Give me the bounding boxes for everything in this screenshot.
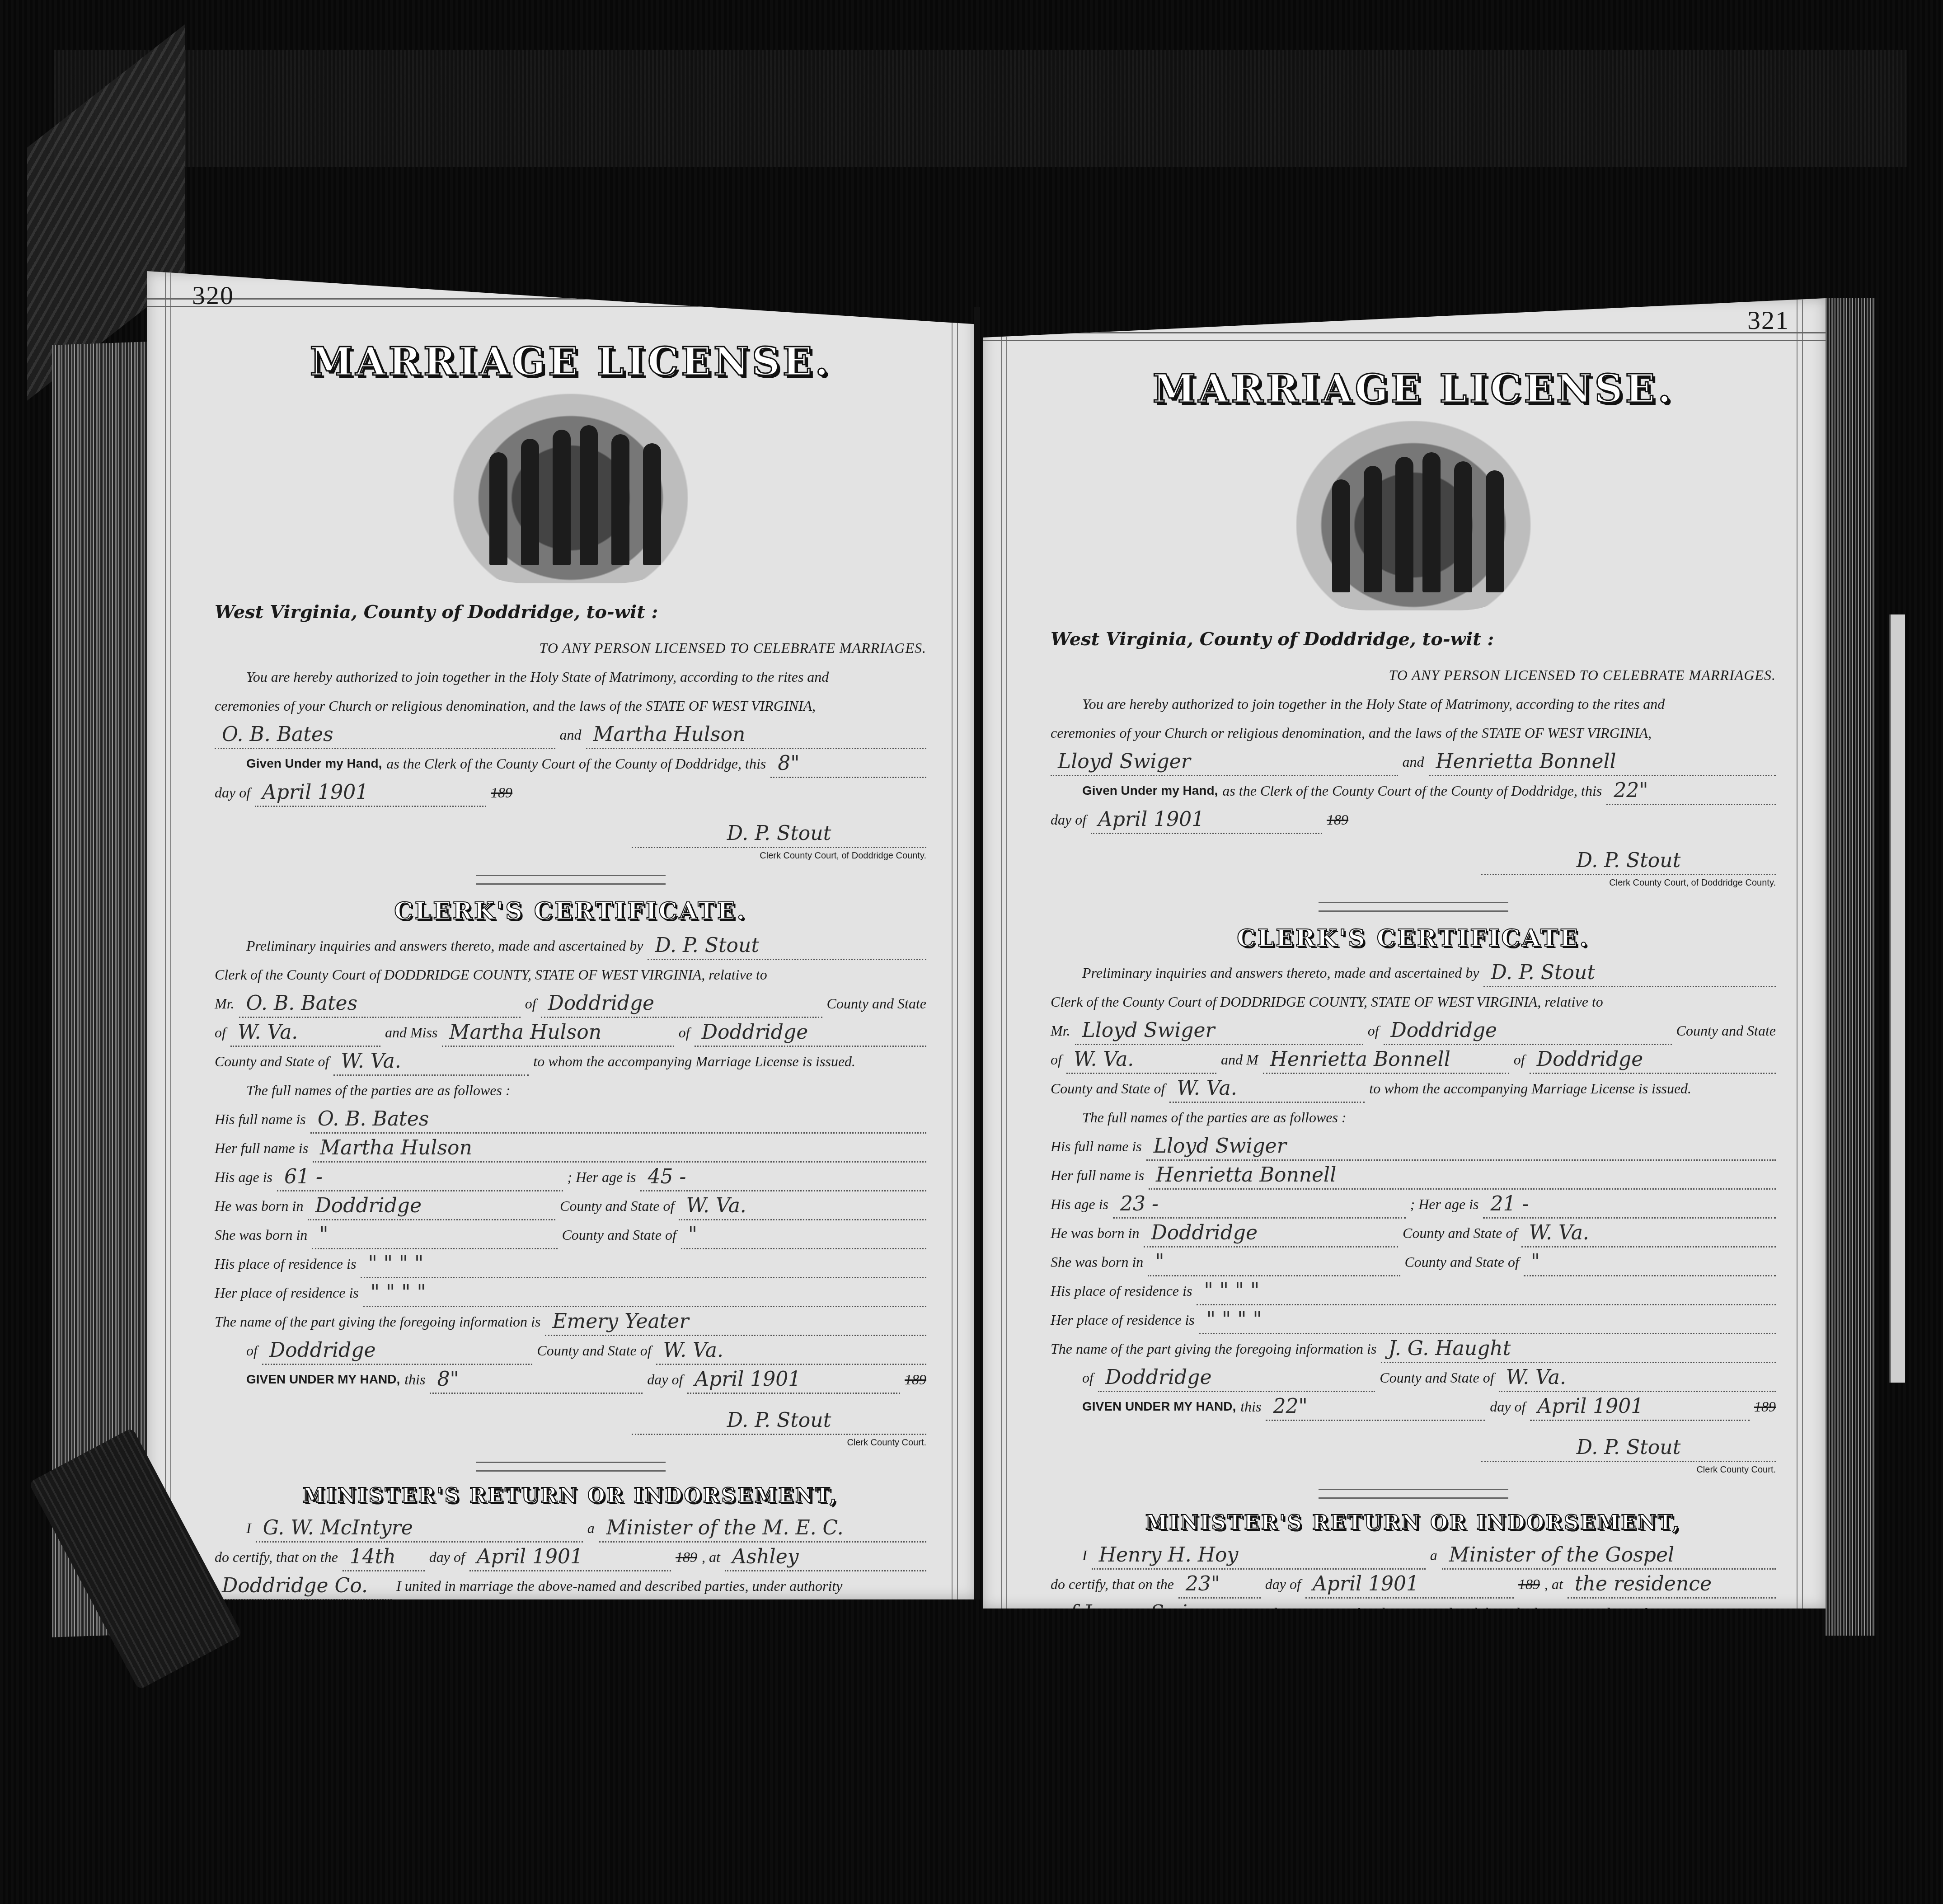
informant-state: W. Va. [1499,1365,1776,1392]
cert-given-line: GIVEN UNDER MY HAND,this8"day ofApril 19… [215,1365,926,1394]
license-month-year: April 1901 [255,779,486,807]
license-day: 22" [1606,778,1776,805]
authorization-text: You are hereby authorized to join togeth… [1051,689,1776,718]
marriage-place: the residence [1568,1571,1776,1599]
struck-year: 189 [1327,805,1348,834]
label: County and State of [1403,1219,1517,1247]
her-residence-line: Her place of residence is" " " " [1051,1305,1776,1334]
miss-state: W. Va. [1169,1075,1365,1103]
county-state-label: County and State [827,989,926,1018]
label: day of [1265,1570,1301,1599]
he-born-line: He was born inDoddridgeCounty and State … [215,1191,926,1220]
given-label: Given Under my Hand, [246,749,382,778]
prelim-by: D. P. Stout [648,933,926,960]
prelim-label: Preliminary inquiries and answers theret… [1082,958,1479,987]
his-residence-line: His place of residence is" " " " [215,1249,926,1278]
he-born-county: Doddridge [1144,1220,1398,1247]
label: He was born in [1051,1219,1139,1247]
mr-name: Lloyd Swiger [1075,1018,1363,1045]
struck-year: 189 [491,778,512,807]
parties-line: Lloyd Swiger and Henrietta Bonnell [1051,747,1776,776]
label: day of [647,1365,683,1394]
marriage-month-year: April 1901 [1305,1571,1514,1599]
cert-month-year: April 1901 [1530,1393,1750,1421]
she-born-county: " [1148,1249,1400,1276]
cert-signature-caption: Clerk County Court. [215,1438,926,1448]
label: this [404,1365,425,1394]
she-born-county: " [312,1222,557,1249]
margin-rule [1001,298,1007,1609]
label: His age is [215,1163,272,1191]
informant-line: The name of the part giving the foregoin… [1051,1334,1776,1363]
miss-name: Henrietta Bonnell [1263,1046,1509,1074]
section-divider [476,875,666,885]
section-divider [1319,902,1508,912]
label: a [1430,1541,1437,1570]
to-whom-label: to whom the accompanying Marriage Licens… [1369,1074,1691,1103]
prelim-by: D. P. Stout [1483,960,1776,987]
clerk-signature-block: D. P. Stout [215,821,926,848]
struck-year: 189 [905,1365,926,1394]
of-label: of [1368,1016,1379,1045]
and-miss-label: and Miss [385,1018,437,1047]
label: His full name is [1051,1132,1142,1161]
he-born-state: W. Va. [1521,1220,1776,1247]
her-age: 45 - [640,1164,926,1191]
age-line: His age is61 -; Her age is45 - [215,1163,926,1191]
clerk-signature-block: D. P. Stout [1051,848,1776,875]
wedding-engraving-icon [453,394,688,583]
addressee: TO ANY PERSON LICENSED TO CELEBRATE MARR… [1051,661,1776,689]
label: She was born in [215,1220,307,1249]
of-label: of [525,989,536,1018]
label: ; Her age is [1410,1190,1479,1219]
her-residence: " " " " [1199,1307,1776,1334]
given-line: Given Under my Hand, as the Clerk of the… [215,749,926,778]
parties-line: O. B. Bates and Martha Hulson [215,720,926,749]
page-number: 320 [192,280,234,310]
struck-year: 189 [676,1543,697,1571]
his-full-name: Lloyd Swiger [1146,1133,1776,1161]
she-born-line: She was born in"County and State of" [1051,1247,1776,1276]
label: day of [1490,1392,1525,1421]
background-shelf [54,50,1907,167]
marriage-day: 14th [343,1544,425,1571]
day-of-label: day of [215,778,250,807]
bride-name: Henrietta Bonnell [1429,749,1776,776]
section-divider [1319,1489,1508,1499]
informant-county: Doddridge [1098,1365,1375,1392]
groom-name: O. B. Bates [215,722,555,749]
certify-line: do certify, that on the23"day ofApril 19… [1051,1570,1776,1599]
date-line: day of April 1901 189 [215,778,926,807]
header-rule [983,332,1826,341]
label: I [1082,1541,1087,1570]
certificate-title: CLERK'S CERTIFICATE. [1051,924,1776,952]
license-day: 8" [770,750,926,778]
her-name-line: Her full name isMartha Hulson [215,1134,926,1163]
her-residence: " " " " [363,1280,926,1307]
license-month-year: April 1901 [1091,807,1322,834]
cert-signature-block: D. P. Stout [1051,1435,1776,1462]
her-name-line: Her full name isHenrietta Bonnell [1051,1161,1776,1190]
she-born-state: " [1524,1249,1776,1276]
her-full-name: Henrietta Bonnell [1149,1162,1776,1190]
label: He was born in [215,1191,303,1220]
label: County and State of [1405,1247,1519,1276]
miss-line: of W. Va. and Miss Martha Hulson of Dodd… [215,1018,926,1047]
clerk-of-line: Clerk of the County Court of DODDRIDGE C… [1051,987,1776,1016]
informant-county: Doddridge [262,1337,532,1365]
label: do certify, that on the [215,1543,338,1571]
authorization-text: ceremonies of your Church or religious d… [1051,718,1776,747]
section-divider [476,1462,666,1472]
and-miss-label: and M [1221,1045,1258,1074]
her-residence-line: Her place of residence is" " " " [215,1278,926,1307]
age-line: His age is23 -; Her age is21 - [1051,1190,1776,1219]
cert-signature: D. P. Stout [632,1407,926,1435]
label: The name of the part giving the foregoin… [1051,1334,1376,1363]
label: County and State of [562,1220,676,1249]
clerk-signature: D. P. Stout [632,821,926,848]
certificate-title: CLERK'S CERTIFICATE. [215,897,926,925]
county-header: West Virginia, County of Doddridge, to-w… [1051,628,1776,650]
authorization-text: You are hereby authorized to join togeth… [215,662,926,691]
label: , at [702,1543,720,1571]
informant-name: J. G. Haught [1381,1336,1776,1363]
full-names-label: The full names of the parties are as fol… [215,1076,926,1105]
minister-title: MINISTER'S RETURN OR INDORSEMENT, [1051,1511,1776,1534]
minister-line: IG. W. McIntyreaMinister of the M. E. C. [215,1514,926,1543]
her-full-name: Martha Hulson [313,1135,926,1163]
bride-name: Martha Hulson [586,722,927,749]
miss-county: Doddridge [695,1019,926,1047]
label: She was born in [1051,1247,1143,1276]
miss-state: W. Va. [333,1048,529,1076]
minister-name: Henry H. Hoy [1092,1542,1426,1570]
margin-rule [1797,298,1803,1609]
he-born-state: W. Va. [679,1193,926,1220]
his-age: 61 - [277,1164,563,1191]
to-whom-label: to whom the accompanying Marriage Licens… [533,1047,855,1076]
mr-state: W. Va. [230,1019,380,1047]
label: day of [429,1543,465,1571]
prelim-line: Preliminary inquiries and answers theret… [215,931,926,960]
cert-month-year: April 1901 [687,1366,900,1394]
his-age: 23 - [1113,1191,1406,1219]
label: Her full name is [215,1134,308,1163]
label: County and State of [1380,1363,1494,1392]
wedding-engraving-icon [1296,421,1531,610]
his-residence-line: His place of residence is" " " " [1051,1276,1776,1305]
clerk-caption: Clerk County Court, of Doddridge County. [215,851,926,861]
miss-name: Martha Hulson [442,1019,674,1047]
label: His age is [1051,1190,1108,1219]
marriage-place: Ashley [725,1544,926,1571]
she-born-line: She was born in"County and State of" [215,1220,926,1249]
license-title: MARRIAGE LICENSE. [1051,366,1776,412]
label: County and State of [537,1336,651,1365]
label: this [1240,1392,1261,1421]
miss-state-line: County and State of W. Va. to whom the a… [1051,1074,1776,1103]
book-tab-marker [1889,614,1905,1383]
label: His place of residence is [1051,1276,1192,1305]
mr-county: Doddridge [541,990,822,1018]
label: I united in marriage the above-named and… [396,1571,842,1600]
county-state-label: County and State [1676,1016,1776,1045]
cert-day: 8" [430,1366,643,1394]
cert-signature-caption: Clerk County Court. [1051,1465,1776,1475]
minister-role: Minister of the M. E. C. [599,1515,926,1543]
license-title: MARRIAGE LICENSE. [215,339,926,385]
struck-year: 189 [1754,1392,1776,1421]
clerk-signature: D. P. Stout [1481,848,1776,875]
informant-name: Emery Yeater [545,1308,926,1336]
given-label: Given Under my Hand, [1082,776,1218,805]
label: of [246,1336,258,1365]
label: His full name is [215,1105,306,1134]
he-born-line: He was born inDoddridgeCounty and State … [1051,1219,1776,1247]
label: do certify, that on the [1051,1570,1174,1599]
informant-line: The name of the part giving the foregoin… [215,1307,926,1336]
label: of [1082,1363,1094,1392]
clerk-of-line: Clerk of the County Court of DODDRIDGE C… [215,960,926,989]
minister-title: MINISTER'S RETURN OR INDORSEMENT, [215,1484,926,1507]
label: GIVEN UNDER MY HAND, [1082,1392,1236,1421]
mr-county: Doddridge [1384,1018,1672,1045]
miss-line: of W. Va. and M Henrietta Bonnell of Dod… [1051,1045,1776,1074]
minister-role: Minister of the Gospel [1442,1542,1776,1570]
cert-signature-block: D. P. Stout [215,1407,926,1435]
and-label: and [560,720,582,749]
mr-label: Mr. [215,989,235,1018]
informant-state: W. Va. [656,1337,926,1365]
clerk-caption: Clerk County Court, of Doddridge County. [1051,878,1776,888]
authorization-text: ceremonies of your Church or religious d… [215,691,926,720]
united-line: Doddridge Co.I united in marriage the ab… [215,1571,926,1600]
miss-state-line: County and State of W. Va. to whom the a… [215,1047,926,1076]
his-residence: " " " " [1197,1278,1776,1305]
prelim-label: Preliminary inquiries and answers theret… [246,931,643,960]
margin-rule [165,271,171,1599]
his-residence: " " " " [361,1251,926,1278]
mr-label: Mr. [1051,1016,1070,1045]
label: I [246,1514,251,1543]
mr-state: W. Va. [1066,1046,1216,1074]
cert-day: 22" [1266,1393,1485,1421]
label: Her place of residence is [215,1278,359,1307]
label: a [587,1514,595,1543]
mr-line: Mr. Lloyd Swiger of Doddridge County and… [1051,1016,1776,1045]
he-born-county: Doddridge [308,1193,555,1220]
label: , at [1544,1570,1563,1599]
book-spine [974,307,980,1599]
addressee: TO ANY PERSON LICENSED TO CELEBRATE MARR… [215,633,926,662]
page-number: 321 [1747,305,1789,335]
of-label: of [1514,1045,1525,1074]
miss-county: Doddridge [1530,1046,1776,1074]
label: County and State of [560,1191,674,1220]
marriage-month-year: April 1901 [469,1544,671,1571]
she-born-state: " [681,1222,926,1249]
his-full-name: O. B. Bates [310,1106,926,1134]
given-text: as the Clerk of the County Court of the … [386,749,766,778]
groom-name: Lloyd Swiger [1051,749,1398,776]
his-name-line: His full name isLloyd Swiger [1051,1132,1776,1161]
date-line: day of April 1901 189 [1051,805,1776,834]
cert-given-line: GIVEN UNDER MY HAND,this22"day ofApril 1… [1051,1392,1776,1421]
page-320: 320 MARRIAGE LICENSE. West Virginia, Cou… [147,271,976,1599]
mr-line: Mr. O. B. Bates of Doddridge County and … [215,989,926,1018]
label: His place of residence is [215,1249,356,1278]
struck-year: 189 [1518,1570,1540,1599]
of-label: of [679,1018,690,1047]
county-state-label: County and State of [1051,1074,1165,1103]
cert-signature: D. P. Stout [1481,1435,1776,1462]
day-of-label: day of [1051,805,1086,834]
county-state-label: County and State of [215,1047,329,1076]
label: GIVEN UNDER MY HAND, [246,1365,400,1394]
label: Her place of residence is [1051,1305,1195,1334]
and-label: and [1403,747,1424,776]
mr-name: O. B. Bates [239,990,521,1018]
license-form: MARRIAGE LICENSE. West Virginia, County … [215,339,926,1670]
full-names-label: The full names of the parties are as fol… [1051,1103,1776,1132]
certify-line: do certify, that on the14thday ofApril 1… [215,1543,926,1571]
informant-place-line: ofDoddridgeCounty and State ofW. Va. [1051,1363,1776,1392]
page-321: 321 MARRIAGE LICENSE. West Virginia, Cou… [983,298,1826,1609]
label: The name of the part giving the foregoin… [215,1307,540,1336]
label: ; Her age is [568,1163,636,1191]
minister-name: G. W. McIntyre [256,1515,583,1543]
marriage-place-cont: Doddridge Co. [215,1573,392,1600]
marriage-day: 23" [1178,1571,1261,1599]
given-text: as the Clerk of the County Court of the … [1222,776,1602,805]
license-form: MARRIAGE LICENSE. West Virginia, County … [1051,366,1776,1698]
county-header: West Virginia, County of Doddridge, to-w… [215,601,926,623]
of-label: of [1051,1045,1062,1074]
book-page-edges-right [1826,298,1875,1636]
minister-line: IHenry H. HoyaMinister of the Gospel [1051,1541,1776,1570]
his-name-line: His full name isO. B. Bates [215,1105,926,1134]
her-age: 21 - [1483,1191,1776,1219]
prelim-line: Preliminary inquiries and answers theret… [1051,958,1776,987]
label: Her full name is [1051,1161,1144,1190]
margin-rule [952,271,958,1599]
informant-place-line: ofDoddridgeCounty and State ofW. Va. [215,1336,926,1365]
of-label: of [215,1018,226,1047]
given-line: Given Under my Hand, as the Clerk of the… [1051,776,1776,805]
